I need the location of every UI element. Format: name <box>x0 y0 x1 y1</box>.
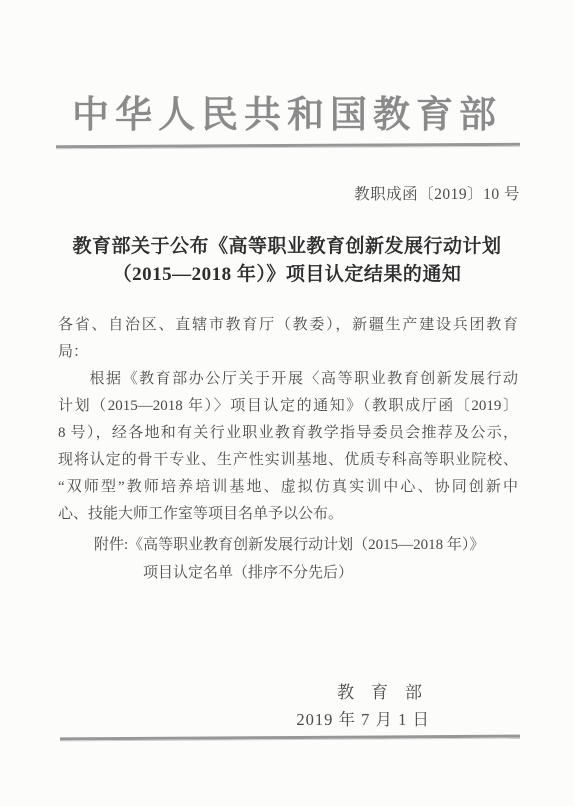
body-line-paragraph: 根据《教育部办公厅关于开展〈高等职业教育创新发展行动 <box>58 366 518 393</box>
body-line-salutation-end: 局： <box>58 339 518 366</box>
signature-agency: 教 育 部 <box>0 678 574 703</box>
document-number: 教职成函〔2019〕10 号 <box>354 182 520 204</box>
document-page: 中华人民共和国教育部 教职成函〔2019〕10 号 教育部关于公布《高等职业教育… <box>0 0 574 806</box>
attachment-line-1: 附件:《高等职业教育创新发展行动计划（2015—2018 年）》 <box>58 531 518 559</box>
header-divider <box>56 143 520 149</box>
body-line-paragraph: “双师型”教师培养培训基地、虚拟仿真实训中心、协同创新中 <box>58 474 518 501</box>
document-title: 教育部关于公布《高等职业教育创新发展行动计划 （2015—2018 年）》项目认… <box>0 233 574 289</box>
body-line-paragraph: 8 号），经各地和有关行业职业教育教学指导委员会推荐及公示， <box>58 420 518 447</box>
body-line-paragraph-end: 心、技能大师工作室等项目名单予以公布。 <box>58 501 518 528</box>
signature-date: 2019 年 7 月 1 日 <box>0 706 574 730</box>
title-line-2: （2015—2018 年）》项目认定结果的通知 <box>0 261 574 289</box>
document-body: 各省、自治区、直辖市教育厅（教委），新疆生产建设兵团教育 局： 根据《教育部办公… <box>58 312 518 528</box>
title-line-1: 教育部关于公布《高等职业教育创新发展行动计划 <box>0 233 574 261</box>
attachment-line-2: 项目认定名单（排序不分先后） <box>58 559 518 587</box>
attachment-note: 附件:《高等职业教育创新发展行动计划（2015—2018 年）》 项目认定名单（… <box>58 531 518 587</box>
body-line-salutation: 各省、自治区、直辖市教育厅（教委），新疆生产建设兵团教育 <box>58 312 518 339</box>
ministry-header: 中华人民共和国教育部 <box>0 84 574 138</box>
footer-divider <box>60 735 520 742</box>
body-line-paragraph: 现将认定的骨干专业、生产性实训基地、优质专科高等职业院校、 <box>58 447 518 474</box>
body-line-paragraph: 计划（2015—2018 年）〉项目认定的通知》（教职成厅函〔2019〕 <box>58 393 518 420</box>
